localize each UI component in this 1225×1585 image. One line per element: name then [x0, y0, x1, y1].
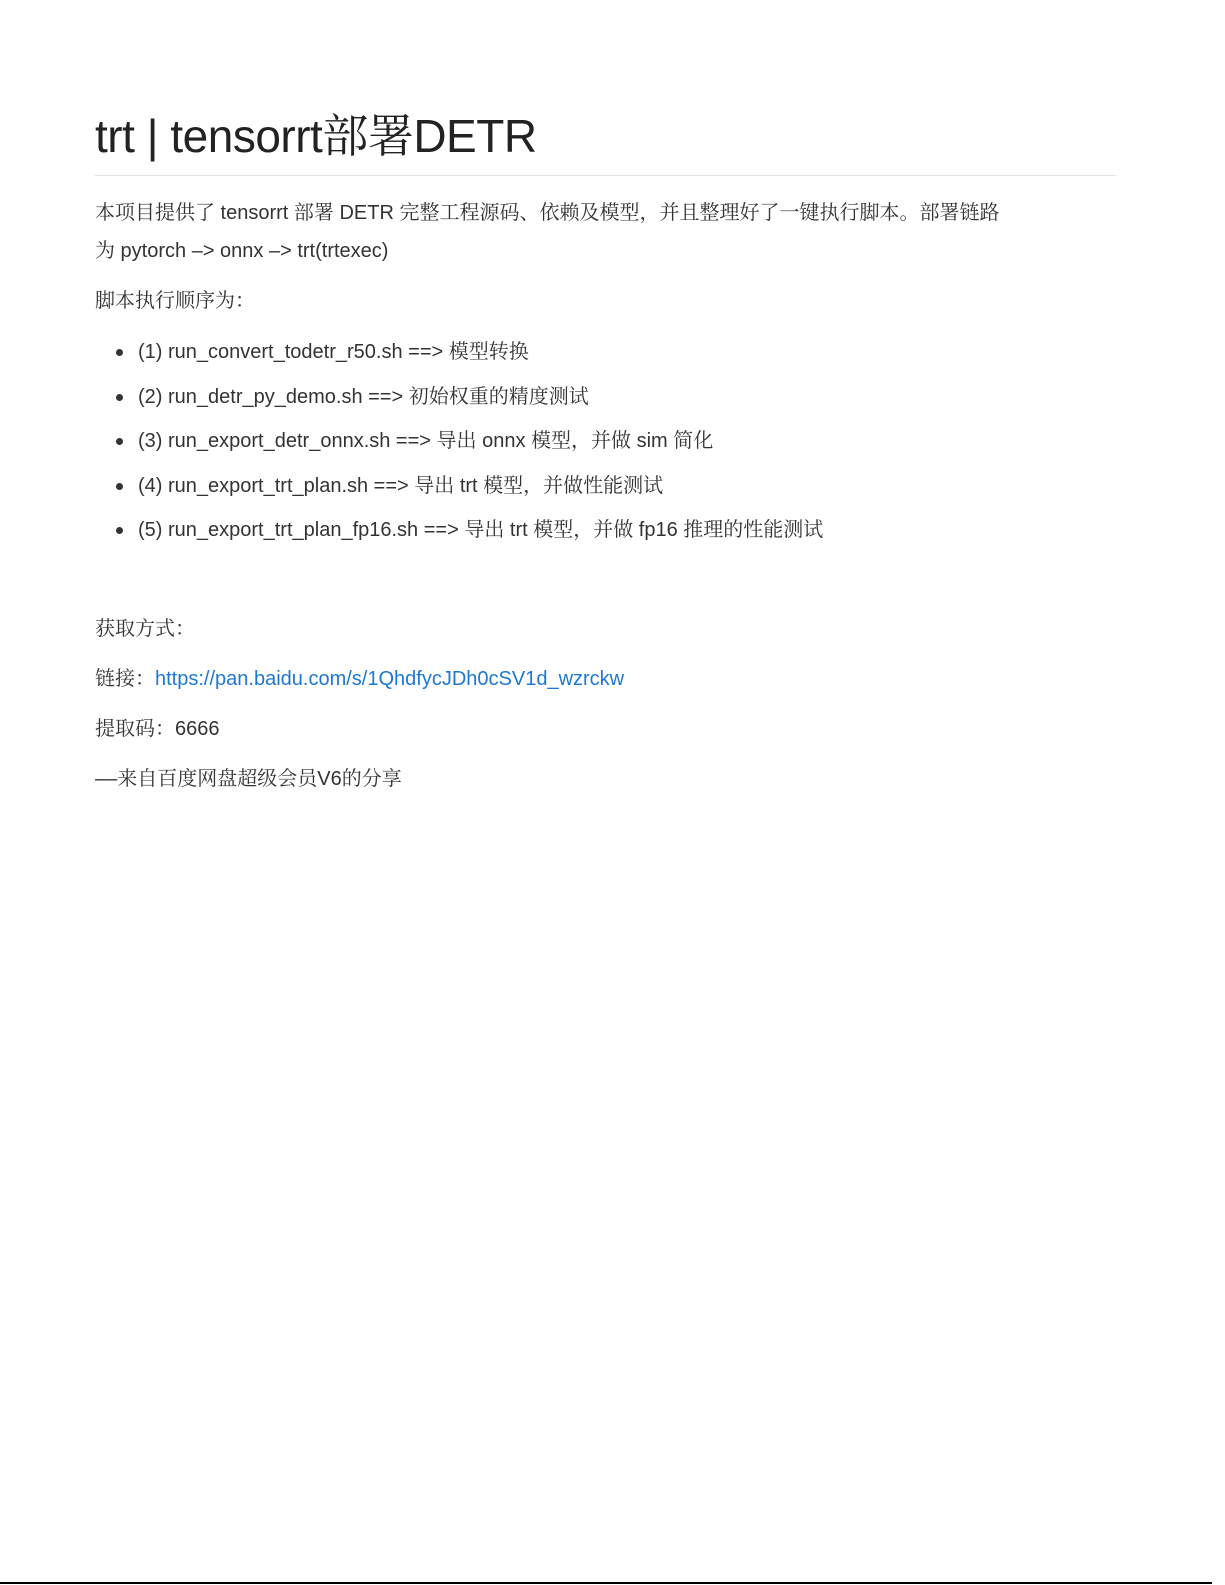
intro-paragraph: 本项目提供了 tensorrt 部署 DETR 完整工程源码、依赖及模型，并且整…	[95, 194, 1116, 270]
title-divider	[95, 175, 1116, 176]
baidu-pan-link[interactable]: https://pan.baidu.com/s/1QhdfycJDh0cSV1d…	[155, 668, 624, 690]
code-label: 提取码：	[95, 718, 175, 740]
intro-line-1: 本项目提供了 tensorrt 部署 DETR 完整工程源码、依赖及模型，并且整…	[95, 202, 999, 224]
steps-list: (1) run_convert_todetr_r50.sh ==> 模型转换 (…	[95, 333, 823, 556]
step-text: (3) run_export_detr_onnx.sh ==> 导出 onnx …	[138, 430, 713, 452]
page-bottom-border	[0, 1582, 1212, 1584]
step-text: (5) run_export_trt_plan_fp16.sh ==> 导出 t…	[138, 519, 823, 541]
page-title: trt | tensorrt部署DETR	[95, 108, 537, 164]
footer-note: ––来自百度网盘超级会员V6的分享	[95, 760, 402, 798]
list-item: (3) run_export_detr_onnx.sh ==> 导出 onnx …	[95, 422, 823, 467]
bullet-icon	[116, 527, 123, 534]
link-line: 链接：https://pan.baidu.com/s/1QhdfycJDh0cS…	[95, 660, 624, 698]
code-line: 提取码：6666	[95, 710, 220, 748]
step-text: (2) run_detr_py_demo.sh ==> 初始权重的精度测试	[138, 386, 589, 408]
step-text: (1) run_convert_todetr_r50.sh ==> 模型转换	[138, 341, 529, 363]
bullet-icon	[116, 349, 123, 356]
bullet-icon	[116, 438, 123, 445]
list-item: (2) run_detr_py_demo.sh ==> 初始权重的精度测试	[95, 378, 823, 423]
bullet-icon	[116, 394, 123, 401]
code-value: 6666	[175, 718, 220, 740]
link-label: 链接：	[95, 668, 155, 690]
list-item: (4) run_export_trt_plan.sh ==> 导出 trt 模型…	[95, 467, 823, 512]
intro-line-2: 为 pytorch –> onnx –> trt(trtexec)	[95, 240, 388, 262]
list-item: (1) run_convert_todetr_r50.sh ==> 模型转换	[95, 333, 823, 378]
step-text: (4) run_export_trt_plan.sh ==> 导出 trt 模型…	[138, 475, 663, 497]
access-heading: 获取方式：	[95, 610, 195, 648]
list-item: (5) run_export_trt_plan_fp16.sh ==> 导出 t…	[95, 511, 823, 556]
bullet-icon	[116, 483, 123, 490]
order-heading: 脚本执行顺序为：	[95, 282, 255, 320]
